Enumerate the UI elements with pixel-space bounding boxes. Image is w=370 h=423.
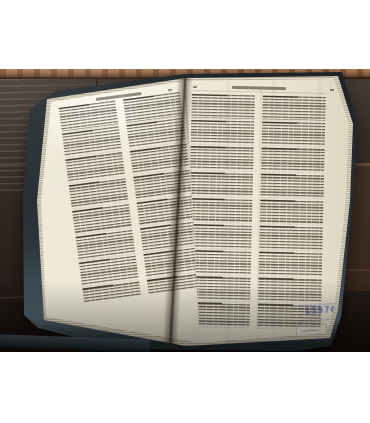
right-running-head: [232, 86, 286, 90]
header-rule: [192, 89, 326, 93]
page-number-mark: [193, 86, 197, 88]
text-column: [257, 95, 325, 330]
book-photograph: 11970: [0, 69, 370, 352]
product-photo-card: 11970: [0, 0, 370, 423]
open-book: 11970: [0, 69, 370, 352]
page-number-mark: [330, 89, 334, 91]
